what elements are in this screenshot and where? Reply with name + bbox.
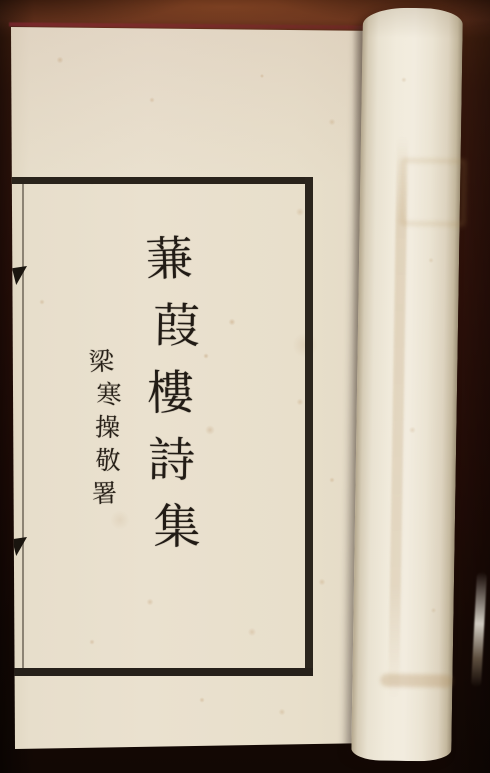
- signature-char: 敬: [95, 447, 120, 474]
- stain-vertical: [388, 136, 408, 698]
- book-title-calligraphy: 蒹 葭 樓 詩 集: [142, 232, 204, 556]
- page-frame-inner-line: [22, 184, 24, 668]
- title-char: 蒹: [145, 231, 194, 289]
- title-char: 葭: [152, 299, 200, 356]
- title-char: 詩: [147, 433, 195, 490]
- signature-char: 署: [92, 480, 118, 508]
- page-frame-top-border: [11, 177, 313, 184]
- title-char: 樓: [146, 366, 194, 423]
- stain-square: [400, 158, 467, 227]
- signature-char: 梁: [89, 347, 116, 376]
- book-photograph: 蒹 葭 樓 詩 集 梁 寒 操 敬 署: [0, 0, 490, 773]
- title-char: 集: [154, 500, 201, 556]
- ink-mark-lower: [12, 537, 27, 556]
- page-frame-bottom-border: [11, 668, 313, 676]
- rolled-page: [351, 7, 463, 761]
- ink-mark-upper: [12, 266, 27, 285]
- signature-char: 寒: [96, 381, 121, 408]
- signature-char: 操: [95, 414, 121, 442]
- inscriber-signature: 梁 寒 操 敬 署: [89, 348, 125, 507]
- stain-horizontal: [380, 674, 452, 688]
- page-frame-right-border: [305, 177, 313, 676]
